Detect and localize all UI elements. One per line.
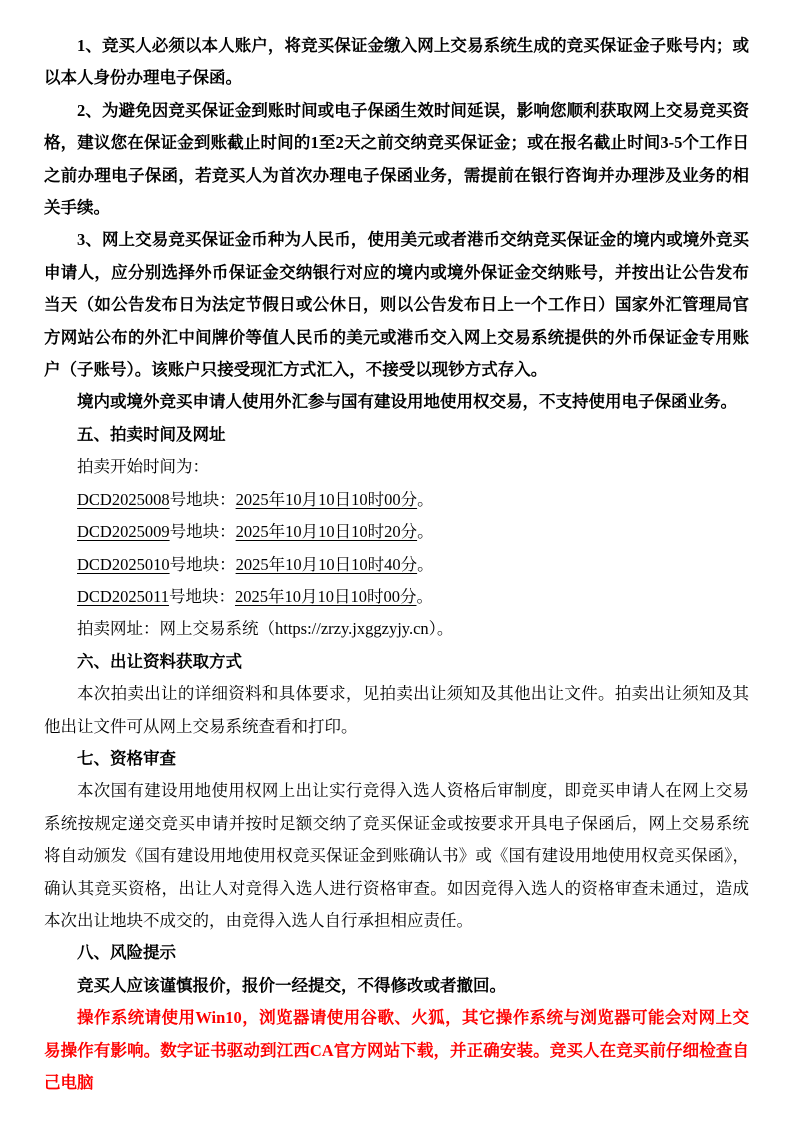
lot-number: DCD2025009	[77, 522, 170, 541]
note-paragraph-4: 境内或境外竞买申请人使用外汇参与国有建设用地使用权交易，不支持使用电子保函业务。	[44, 386, 749, 418]
row-period: 。	[417, 522, 434, 541]
auction-start-time: 2025年10月10日10时00分	[235, 587, 417, 606]
auction-time-row: DCD2025008号地块：2025年10月10日10时00分。	[44, 484, 749, 516]
auction-start-time: 2025年10月10日10时40分	[236, 555, 418, 574]
lot-suffix: 号地块：	[170, 490, 236, 509]
note-paragraph-1: 1、竞买人必须以本人账户，将竞买保证金缴入网上交易系统生成的竞买保证金子账号内；…	[44, 30, 749, 95]
section-heading-auction-time: 五、拍卖时间及网址	[44, 419, 749, 451]
auction-website-line: 拍卖网址：网上交易系统（https://zrzy.jxggzyjy.cn）。	[44, 613, 749, 645]
section-heading-risk: 八、风险提示	[44, 937, 749, 969]
auction-start-intro: 拍卖开始时间为：	[44, 451, 749, 483]
section-heading-materials: 六、出让资料获取方式	[44, 646, 749, 678]
document-page: 1、竞买人必须以本人账户，将竞买保证金缴入网上交易系统生成的竞买保证金子账号内；…	[0, 0, 793, 1122]
auction-start-time: 2025年10月10日10时20分	[236, 522, 418, 541]
row-period: 。	[417, 555, 434, 574]
lot-number: DCD2025008	[77, 490, 170, 509]
materials-body: 本次拍卖出让的详细资料和具体要求，见拍卖出让须知及其他出让文件。拍卖出让须知及其…	[44, 678, 749, 743]
lot-number: DCD2025010	[77, 555, 170, 574]
row-period: 。	[417, 490, 434, 509]
section-heading-qualification: 七、资格审查	[44, 743, 749, 775]
auction-time-row: DCD2025010号地块：2025年10月10日10时40分。	[44, 549, 749, 581]
note-paragraph-3: 3、网上交易竞买保证金币种为人民币，使用美元或者港币交纳竞买保证金的境内或境外竞…	[44, 224, 749, 386]
auction-time-row: DCD2025011号地块：2025年10月10日10时00分。	[44, 581, 749, 613]
risk-red-notice: 操作系统请使用Win10，浏览器请使用谷歌、火狐，其它操作系统与浏览器可能会对网…	[44, 1002, 749, 1099]
lot-suffix: 号地块：	[170, 522, 236, 541]
lot-number: DCD2025011	[77, 587, 169, 606]
note-paragraph-2: 2、为避免因竞买保证金到账时间或电子保函生效时间延误，影响您顺利获取网上交易竞买…	[44, 95, 749, 225]
auction-time-row: DCD2025009号地块：2025年10月10日10时20分。	[44, 516, 749, 548]
risk-warning: 竞买人应该谨慎报价，报价一经提交，不得修改或者撤回。	[44, 970, 749, 1002]
auction-start-time: 2025年10月10日10时00分	[236, 490, 418, 509]
row-period: 。	[416, 587, 433, 606]
lot-suffix: 号地块：	[170, 555, 236, 574]
qualification-body: 本次国有建设用地使用权网上出让实行竞得入选人资格后审制度，即竞买申请人在网上交易…	[44, 775, 749, 937]
lot-suffix: 号地块：	[169, 587, 235, 606]
